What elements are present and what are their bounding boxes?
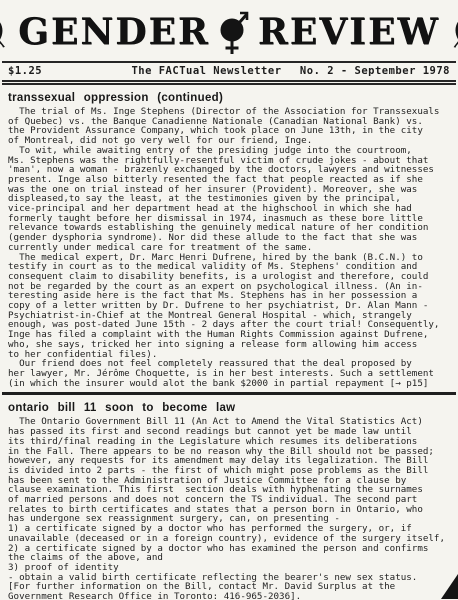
issue-info-bar: $1.25 The FACTual Newsletter No. 2 - Sep… — [2, 61, 456, 85]
article-transsexual-oppression: transsexual oppression (continued) The t… — [0, 92, 458, 388]
section-divider — [2, 392, 456, 395]
masthead: GENDER REVIEW — [0, 0, 458, 59]
leaf-ornament-left-icon — [0, 15, 11, 49]
masthead-title-review: REVIEW — [258, 12, 440, 52]
article-body-transsexual-oppression: The trial of Ms. Inge Stephens (Director… — [0, 107, 458, 388]
article-heading-ontario-bill-11: ontario bill 11 soon to become law — [8, 402, 450, 414]
leaf-ornament-right-icon — [447, 15, 458, 49]
price-label: $1.25 — [8, 65, 128, 77]
issue-number-date: No. 2 - September 1978 — [285, 65, 450, 77]
newsletter-page: GENDER REVIEW $1.25 — [0, 0, 458, 600]
article-heading-transsexual-oppression: transsexual oppression (continued) — [8, 92, 450, 104]
article-ontario-bill-11: ontario bill 11 soon to become law The O… — [0, 402, 458, 600]
male-female-symbol-icon — [217, 7, 251, 57]
masthead-title-gender: GENDER — [18, 12, 210, 52]
newsletter-name: The FACTual Newsletter — [128, 65, 285, 77]
article-body-ontario-bill-11: The Ontario Government Bill 11 (An Act t… — [0, 417, 458, 600]
